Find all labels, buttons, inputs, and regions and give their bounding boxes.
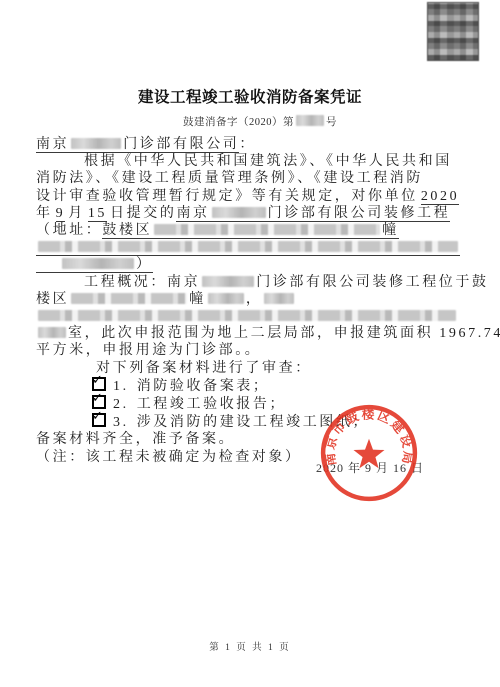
year-label: 年: [36, 206, 53, 221]
project-city: 南京: [176, 206, 209, 221]
recipient-line: 南京门诊部有限公司：: [36, 136, 468, 153]
month-label: 月: [68, 206, 85, 221]
address-line1: （地址：鼓楼区幢: [36, 222, 468, 239]
item-label: 工程竣工验收报告；: [137, 397, 286, 412]
submission-day: 15: [88, 206, 107, 222]
address-close-paren: ）: [136, 257, 153, 272]
redaction-address-end: [62, 258, 134, 269]
item-number: 2.: [113, 397, 129, 412]
checkmark-icon: ✓: [92, 372, 103, 389]
recipient-city: 南京: [36, 137, 69, 152]
checkbox-checked-icon: ✓: [92, 413, 106, 427]
para1-line3-text: 设计审查验收管理暂行规定》等有关规定，对你单位: [36, 189, 418, 204]
redaction-overview-row: [38, 310, 456, 321]
overview-line2: 楼区幢，: [36, 291, 468, 308]
overview-label: 工程概况：: [84, 275, 167, 290]
redaction-overview-name: [202, 276, 254, 287]
page-footer: 第 1 页 共 1 页: [0, 639, 500, 653]
para1-line2: 消防法》、《建设工程质量管理条例》、《建设工程消防: [36, 170, 468, 187]
official-seal: 南京市鼓楼区建设局: [318, 402, 420, 504]
submission-month: 9: [56, 206, 66, 222]
address-district: 鼓楼区: [102, 223, 152, 238]
item-number: 1.: [113, 379, 129, 394]
item-number: 3.: [113, 415, 129, 430]
doc-no-suffix: 号: [326, 117, 337, 128]
redaction-doc-number: [296, 115, 324, 126]
address-label: （地址：: [36, 223, 102, 238]
overview-line5: 平方米，申报用途为门诊部。。: [36, 342, 468, 359]
address-value-end: ）: [36, 257, 153, 273]
project-name-suffix: 门诊部有限公司装修工程: [268, 206, 451, 221]
overview-comma: ，: [246, 292, 263, 307]
recipient-colon: ：: [239, 137, 256, 152]
submission-year: 2020: [421, 189, 459, 205]
address-line2: [36, 239, 468, 256]
para1-line3: 设计审查验收管理暂行规定》等有关规定，对你单位2020: [36, 188, 468, 205]
overview-district: 楼区: [36, 292, 69, 307]
seal-star-icon: [353, 439, 384, 468]
recipient-name-suffix: 门诊部有限公司: [123, 137, 239, 152]
redaction-overview-address: [71, 293, 187, 304]
doc-no-prefix: 鼓建消备字（2020）第: [183, 117, 294, 128]
redaction-recipient-name: [71, 138, 121, 149]
item-label: 消防验收备案表；: [137, 379, 270, 394]
overview-scope-text: 室，此次申报范围为地上二层局部，申报建筑面积 1967.74: [68, 326, 500, 341]
checkbox-checked-icon: ✓: [92, 395, 106, 409]
address-line3: ）: [36, 256, 468, 273]
overview-line4: 室，此次申报范围为地上二层局部，申报建筑面积 1967.74: [36, 325, 468, 342]
overview-name-suffix: 门诊部有限公司装修工程位于鼓: [256, 275, 488, 290]
checkmark-icon: ✓: [92, 408, 103, 425]
overview-city: 南京: [167, 275, 200, 290]
submitted-label: 日提交的: [110, 206, 176, 221]
document-title: 建设工程竣工验收消防备案凭证: [0, 85, 500, 107]
para1-line4: 年9月15日提交的南京门诊部有限公司装修工程: [36, 205, 468, 222]
document-number: 鼓建消备字（2020）第号: [0, 114, 500, 129]
address-building-label: 幢: [382, 223, 399, 238]
project-name: 南京门诊部有限公司装修工程: [176, 206, 450, 222]
checkmark-icon: ✓: [92, 390, 103, 407]
redaction-overview-unit: [208, 293, 244, 304]
qr-code-redacted: [428, 3, 478, 60]
address-value: 鼓楼区幢: [102, 223, 398, 239]
checkbox-checked-icon: ✓: [92, 377, 106, 391]
redaction-overview-wing: [264, 293, 294, 304]
overview-line1: 工程概况：南京门诊部有限公司装修工程位于鼓: [36, 274, 468, 291]
para1-line1: 根据《中华人民共和国建筑法》、《中华人民共和国: [36, 153, 468, 170]
recipient-name: 南京门诊部有限公司: [36, 137, 239, 153]
overview-line3: [36, 308, 468, 325]
redaction-address: [154, 224, 380, 235]
overview-building-label: 幢: [189, 292, 206, 307]
redaction-room-number: [38, 327, 66, 338]
redaction-project-name: [212, 207, 266, 218]
address-value-cont: [36, 240, 460, 256]
certificate-page: 建设工程竣工验收消防备案凭证 鼓建消备字（2020）第号 南京门诊部有限公司： …: [0, 0, 500, 687]
redaction-address-row: [38, 241, 458, 252]
